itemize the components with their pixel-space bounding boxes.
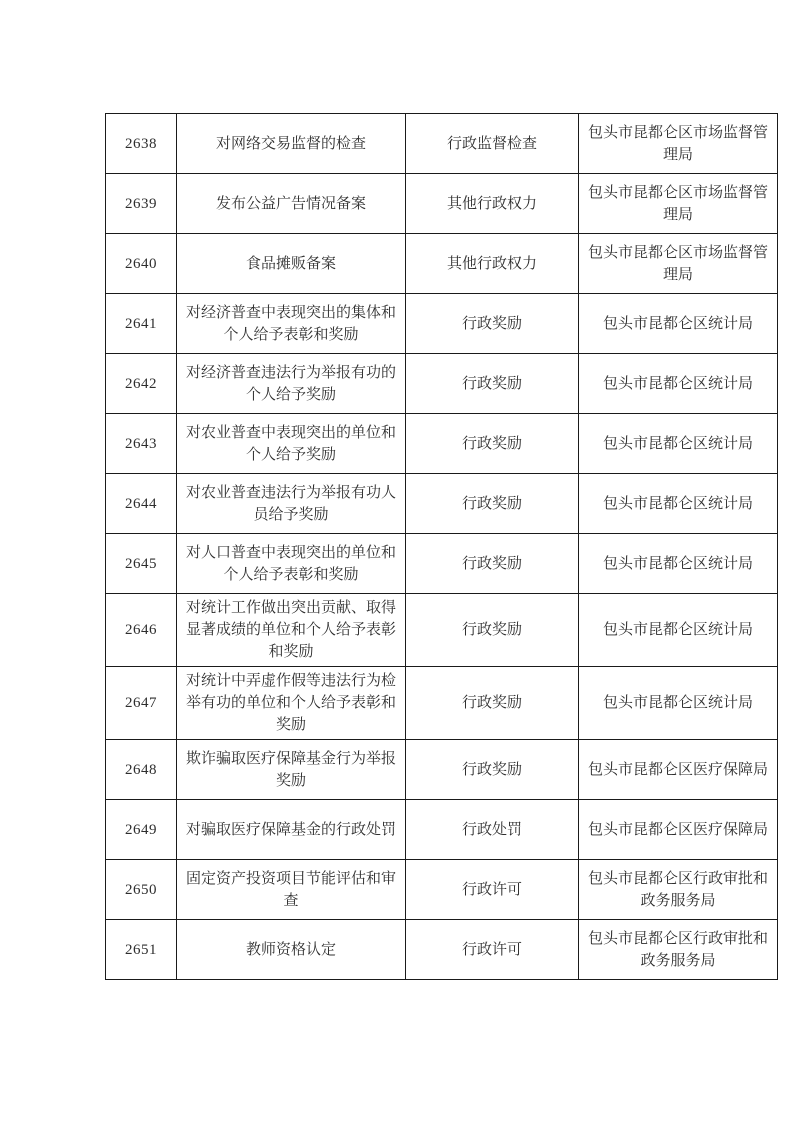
cell-item-name: 对骗取医疗保障基金的行政处罚	[177, 800, 406, 860]
cell-department: 包头市昆都仑区市场监督管理局	[579, 174, 778, 234]
cell-power-category: 行政奖励	[406, 534, 579, 594]
table-row: 2650 固定资产投资项目节能评估和审查 行政许可 包头市昆都仑区行政审批和政务…	[106, 860, 778, 920]
cell-department: 包头市昆都仑区行政审批和政务服务局	[579, 860, 778, 920]
cell-item-number: 2651	[106, 920, 177, 980]
cell-department: 包头市昆都仑区医疗保障局	[579, 800, 778, 860]
cell-item-name: 教师资格认定	[177, 920, 406, 980]
table-row: 2648 欺诈骗取医疗保障基金行为举报奖励 行政奖励 包头市昆都仑区医疗保障局	[106, 740, 778, 800]
cell-item-number: 2650	[106, 860, 177, 920]
cell-item-name: 对农业普查中表现突出的单位和个人给予奖励	[177, 414, 406, 474]
cell-item-name: 对农业普查违法行为举报有功人员给予奖励	[177, 474, 406, 534]
cell-item-name: 固定资产投资项目节能评估和审查	[177, 860, 406, 920]
cell-item-number: 2641	[106, 294, 177, 354]
cell-department: 包头市昆都仑区统计局	[579, 474, 778, 534]
cell-power-category: 行政奖励	[406, 414, 579, 474]
cell-item-name: 对经济普查违法行为举报有功的个人给予奖励	[177, 354, 406, 414]
cell-power-category: 行政处罚	[406, 800, 579, 860]
cell-item-number: 2649	[106, 800, 177, 860]
cell-department: 包头市昆都仑区统计局	[579, 294, 778, 354]
administrative-power-table: 2638 对网络交易监督的检查 行政监督检查 包头市昆都仑区市场监督管理局 26…	[105, 113, 778, 980]
cell-item-name: 食品摊贩备案	[177, 234, 406, 294]
cell-item-number: 2646	[106, 594, 177, 667]
cell-item-number: 2640	[106, 234, 177, 294]
table-row: 2646 对统计工作做出突出贡献、取得显著成绩的单位和个人给予表彰和奖励 行政奖…	[106, 594, 778, 667]
cell-item-number: 2647	[106, 667, 177, 740]
cell-department: 包头市昆都仑区统计局	[579, 354, 778, 414]
table-body: 2638 对网络交易监督的检查 行政监督检查 包头市昆都仑区市场监督管理局 26…	[106, 114, 778, 980]
cell-item-name: 对统计工作做出突出贡献、取得显著成绩的单位和个人给予表彰和奖励	[177, 594, 406, 667]
cell-power-category: 其他行政权力	[406, 174, 579, 234]
table-row: 2643 对农业普查中表现突出的单位和个人给予奖励 行政奖励 包头市昆都仑区统计…	[106, 414, 778, 474]
cell-item-name: 对网络交易监督的检查	[177, 114, 406, 174]
cell-power-category: 其他行政权力	[406, 234, 579, 294]
cell-department: 包头市昆都仑区统计局	[579, 414, 778, 474]
table-row: 2647 对统计中弄虚作假等违法行为检举有功的单位和个人给予表彰和奖励 行政奖励…	[106, 667, 778, 740]
cell-item-number: 2642	[106, 354, 177, 414]
cell-department: 包头市昆都仑区医疗保障局	[579, 740, 778, 800]
cell-department: 包头市昆都仑区市场监督管理局	[579, 234, 778, 294]
cell-item-name: 对经济普查中表现突出的集体和个人给予表彰和奖励	[177, 294, 406, 354]
table-row: 2642 对经济普查违法行为举报有功的个人给予奖励 行政奖励 包头市昆都仑区统计…	[106, 354, 778, 414]
table-row: 2645 对人口普查中表现突出的单位和个人给予表彰和奖励 行政奖励 包头市昆都仑…	[106, 534, 778, 594]
cell-power-category: 行政奖励	[406, 294, 579, 354]
document-page: 2638 对网络交易监督的检查 行政监督检查 包头市昆都仑区市场监督管理局 26…	[0, 0, 793, 1122]
cell-department: 包头市昆都仑区统计局	[579, 534, 778, 594]
cell-power-category: 行政奖励	[406, 594, 579, 667]
cell-item-name: 对统计中弄虚作假等违法行为检举有功的单位和个人给予表彰和奖励	[177, 667, 406, 740]
table-row: 2641 对经济普查中表现突出的集体和个人给予表彰和奖励 行政奖励 包头市昆都仑…	[106, 294, 778, 354]
cell-power-category: 行政监督检查	[406, 114, 579, 174]
cell-power-category: 行政奖励	[406, 740, 579, 800]
cell-item-name: 发布公益广告情况备案	[177, 174, 406, 234]
table-row: 2639 发布公益广告情况备案 其他行政权力 包头市昆都仑区市场监督管理局	[106, 174, 778, 234]
cell-item-number: 2643	[106, 414, 177, 474]
cell-power-category: 行政许可	[406, 860, 579, 920]
cell-power-category: 行政奖励	[406, 354, 579, 414]
cell-power-category: 行政奖励	[406, 667, 579, 740]
cell-item-number: 2638	[106, 114, 177, 174]
cell-item-number: 2644	[106, 474, 177, 534]
cell-item-number: 2639	[106, 174, 177, 234]
cell-department: 包头市昆都仑区统计局	[579, 594, 778, 667]
cell-item-name: 对人口普查中表现突出的单位和个人给予表彰和奖励	[177, 534, 406, 594]
cell-power-category: 行政许可	[406, 920, 579, 980]
table-row: 2638 对网络交易监督的检查 行政监督检查 包头市昆都仑区市场监督管理局	[106, 114, 778, 174]
table-row: 2640 食品摊贩备案 其他行政权力 包头市昆都仑区市场监督管理局	[106, 234, 778, 294]
cell-department: 包头市昆都仑区行政审批和政务服务局	[579, 920, 778, 980]
cell-power-category: 行政奖励	[406, 474, 579, 534]
table-row: 2651 教师资格认定 行政许可 包头市昆都仑区行政审批和政务服务局	[106, 920, 778, 980]
cell-item-name: 欺诈骗取医疗保障基金行为举报奖励	[177, 740, 406, 800]
cell-item-number: 2645	[106, 534, 177, 594]
cell-department: 包头市昆都仑区统计局	[579, 667, 778, 740]
cell-department: 包头市昆都仑区市场监督管理局	[579, 114, 778, 174]
table-row: 2649 对骗取医疗保障基金的行政处罚 行政处罚 包头市昆都仑区医疗保障局	[106, 800, 778, 860]
table-row: 2644 对农业普查违法行为举报有功人员给予奖励 行政奖励 包头市昆都仑区统计局	[106, 474, 778, 534]
cell-item-number: 2648	[106, 740, 177, 800]
